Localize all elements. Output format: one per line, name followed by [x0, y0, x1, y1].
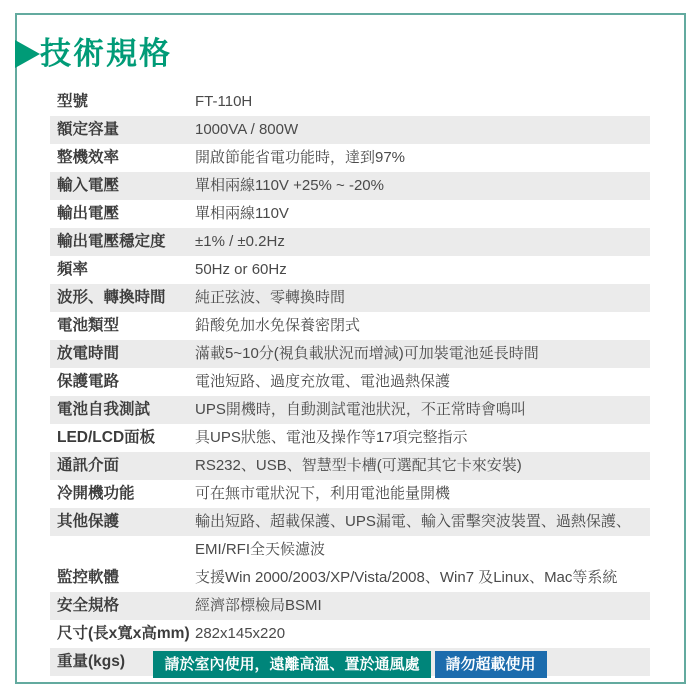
spec-row: 整機效率開啟節能省電功能時，達到97% [50, 144, 650, 172]
spec-row: 保護電路電池短路、過度充放電、電池過熱保護 [50, 368, 650, 396]
spec-label: 頻率 [50, 256, 195, 284]
spec-row: 輸入電壓單相兩線110V +25% ~ -20% [50, 172, 650, 200]
spec-label: 尺寸(長x寬x高mm) [50, 620, 195, 648]
spec-row: 放電時間滿載5~10分(視負載狀況而增減)可加裝電池延長時間 [50, 340, 650, 368]
spec-label: LED/LCD面板 [50, 424, 195, 452]
spec-label: 額定容量 [50, 116, 195, 144]
spec-table: 型號FT-110H額定容量1000VA / 800W整機效率開啟節能省電功能時，… [50, 88, 650, 676]
spec-value: 純正弦波、零轉換時間 [195, 284, 650, 312]
spec-label: 波形、轉換時間 [50, 284, 195, 312]
spec-row: 輸出電壓單相兩線110V [50, 200, 650, 228]
spec-label: 輸入電壓 [50, 172, 195, 200]
spec-label: 監控軟體 [50, 564, 195, 592]
spec-row: LED/LCD面板具UPS狀態、電池及操作等17項完整指示 [50, 424, 650, 452]
spec-label: 其他保護 [50, 508, 195, 564]
indoor-use-badge: 請於室內使用，遠離高溫、置於通風處 [153, 651, 430, 678]
spec-value: 50Hz or 60Hz [195, 256, 650, 284]
spec-row: 安全規格經濟部標檢局BSMI [50, 592, 650, 620]
spec-value: 支援Win 2000/2003/XP/Vista/2008、Win7 及Linu… [195, 564, 650, 592]
spec-label: 輸出電壓穩定度 [50, 228, 195, 256]
spec-value: 經濟部標檢局BSMI [195, 592, 650, 620]
spec-row: 額定容量1000VA / 800W [50, 116, 650, 144]
spec-label: 冷開機功能 [50, 480, 195, 508]
spec-label: 輸出電壓 [50, 200, 195, 228]
page-title: 技術規格 [40, 38, 172, 69]
spec-value: 1000VA / 800W [195, 116, 650, 144]
spec-label: 保護電路 [50, 368, 195, 396]
spec-value: ±1% / ±0.2Hz [195, 228, 650, 256]
spec-label: 安全規格 [50, 592, 195, 620]
footer-badges: 請於室內使用，遠離高溫、置於通風處 請勿超載使用 [50, 651, 650, 678]
spec-value: 滿載5~10分(視負載狀況而增減)可加裝電池延長時間 [195, 340, 650, 368]
title-arrow-icon [15, 40, 40, 68]
spec-value: 可在無市電狀況下，利用電池能量開機 [195, 480, 650, 508]
spec-value: 開啟節能省電功能時，達到97% [195, 144, 650, 172]
overload-warning-badge: 請勿超載使用 [435, 651, 547, 678]
spec-row: 電池自我測試UPS開機時，自動測試電池狀況，不正常時會鳴叫 [50, 396, 650, 424]
spec-row: 電池類型鉛酸免加水免保養密閉式 [50, 312, 650, 340]
spec-value: 282x145x220 [195, 620, 650, 648]
spec-row: 通訊介面RS232、USB、智慧型卡槽(可選配其它卡來安裝) [50, 452, 650, 480]
spec-value: 具UPS狀態、電池及操作等17項完整指示 [195, 424, 650, 452]
spec-row: 尺寸(長x寬x高mm)282x145x220 [50, 620, 650, 648]
spec-label: 電池類型 [50, 312, 195, 340]
spec-value: FT-110H [195, 88, 650, 116]
spec-value: 輸出短路、超載保護、UPS漏電、輸入雷擊突波裝置、過熱保護、 EMI/RFI全天… [195, 508, 650, 564]
spec-row: 其他保護輸出短路、超載保護、UPS漏電、輸入雷擊突波裝置、過熱保護、 EMI/R… [50, 508, 650, 564]
spec-value: 單相兩線110V +25% ~ -20% [195, 172, 650, 200]
spec-value: 鉛酸免加水免保養密閉式 [195, 312, 650, 340]
spec-label: 通訊介面 [50, 452, 195, 480]
spec-value: RS232、USB、智慧型卡槽(可選配其它卡來安裝) [195, 452, 650, 480]
spec-row: 波形、轉換時間純正弦波、零轉換時間 [50, 284, 650, 312]
spec-row: 監控軟體支援Win 2000/2003/XP/Vista/2008、Win7 及… [50, 564, 650, 592]
spec-label: 放電時間 [50, 340, 195, 368]
spec-row: 冷開機功能可在無市電狀況下，利用電池能量開機 [50, 480, 650, 508]
spec-row: 型號FT-110H [50, 88, 650, 116]
spec-row: 頻率50Hz or 60Hz [50, 256, 650, 284]
spec-label: 整機效率 [50, 144, 195, 172]
spec-value: 單相兩線110V [195, 200, 650, 228]
spec-label: 型號 [50, 88, 195, 116]
section-header: 技術規格 [15, 38, 172, 69]
spec-value: UPS開機時，自動測試電池狀況，不正常時會鳴叫 [195, 396, 650, 424]
spec-row: 輸出電壓穩定度±1% / ±0.2Hz [50, 228, 650, 256]
spec-label: 電池自我測試 [50, 396, 195, 424]
spec-value: 電池短路、過度充放電、電池過熱保護 [195, 368, 650, 396]
